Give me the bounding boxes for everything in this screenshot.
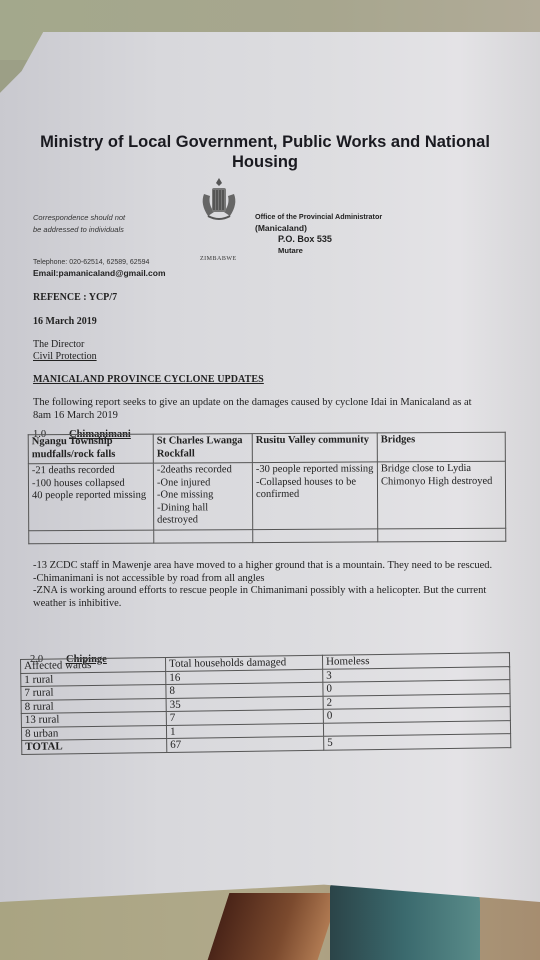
subject-heading: MANICALAND PROVINCE CYCLONE UPDATES bbox=[33, 374, 264, 385]
letter-date: 16 March 2019 bbox=[33, 316, 97, 327]
empty-cell bbox=[253, 529, 378, 543]
telephone: Telephone: 020-62514, 62589, 62594 bbox=[33, 259, 149, 266]
table-cell: -21 deaths recorded -100 houses collapse… bbox=[28, 463, 153, 531]
zimbabwe-coat-of-arms-icon bbox=[196, 176, 242, 226]
chimanimani-notes: -13 ZCDC staff in Mawenje area have move… bbox=[33, 560, 503, 610]
empty-cell bbox=[154, 530, 253, 544]
email-address: Email:pamanicaland@gmail.com bbox=[33, 268, 166, 278]
column-header: Ngangu Township mudfalls/rock falls bbox=[28, 434, 153, 464]
intro-paragraph: The following report seeks to give an up… bbox=[33, 396, 473, 422]
table-cell: -2deaths recorded -One injured -One miss… bbox=[153, 463, 252, 531]
ministry-title: Ministry of Local Government, Public Wor… bbox=[30, 132, 500, 172]
chimanimani-table: Ngangu Township mudfalls/rock falls St C… bbox=[28, 432, 507, 545]
column-header: St Charles Lwanga Rockfall bbox=[153, 434, 252, 464]
column-header: Bridges bbox=[377, 432, 505, 462]
recipient: The Director Civil Protection bbox=[33, 339, 97, 363]
office-address: Office of the Provincial Administrator (… bbox=[255, 211, 382, 256]
letter-page: Ministry of Local Government, Public Wor… bbox=[0, 0, 540, 960]
empty-cell bbox=[378, 528, 506, 542]
column-header: Rusitu Valley community bbox=[252, 433, 377, 463]
reference: REFENCE : YCP/7 bbox=[33, 292, 117, 303]
table-cell: Bridge close to Lydia Chimonyo High dest… bbox=[377, 461, 505, 529]
chipinge-table: Affected wards Total households damaged … bbox=[20, 652, 511, 754]
table-cell: -30 people reported missing -Collapsed h… bbox=[252, 462, 377, 530]
country-label: ZIMBABWE bbox=[200, 256, 237, 262]
correspondence-note: Correspondence should not be addressed t… bbox=[33, 212, 125, 236]
empty-cell bbox=[29, 530, 154, 544]
